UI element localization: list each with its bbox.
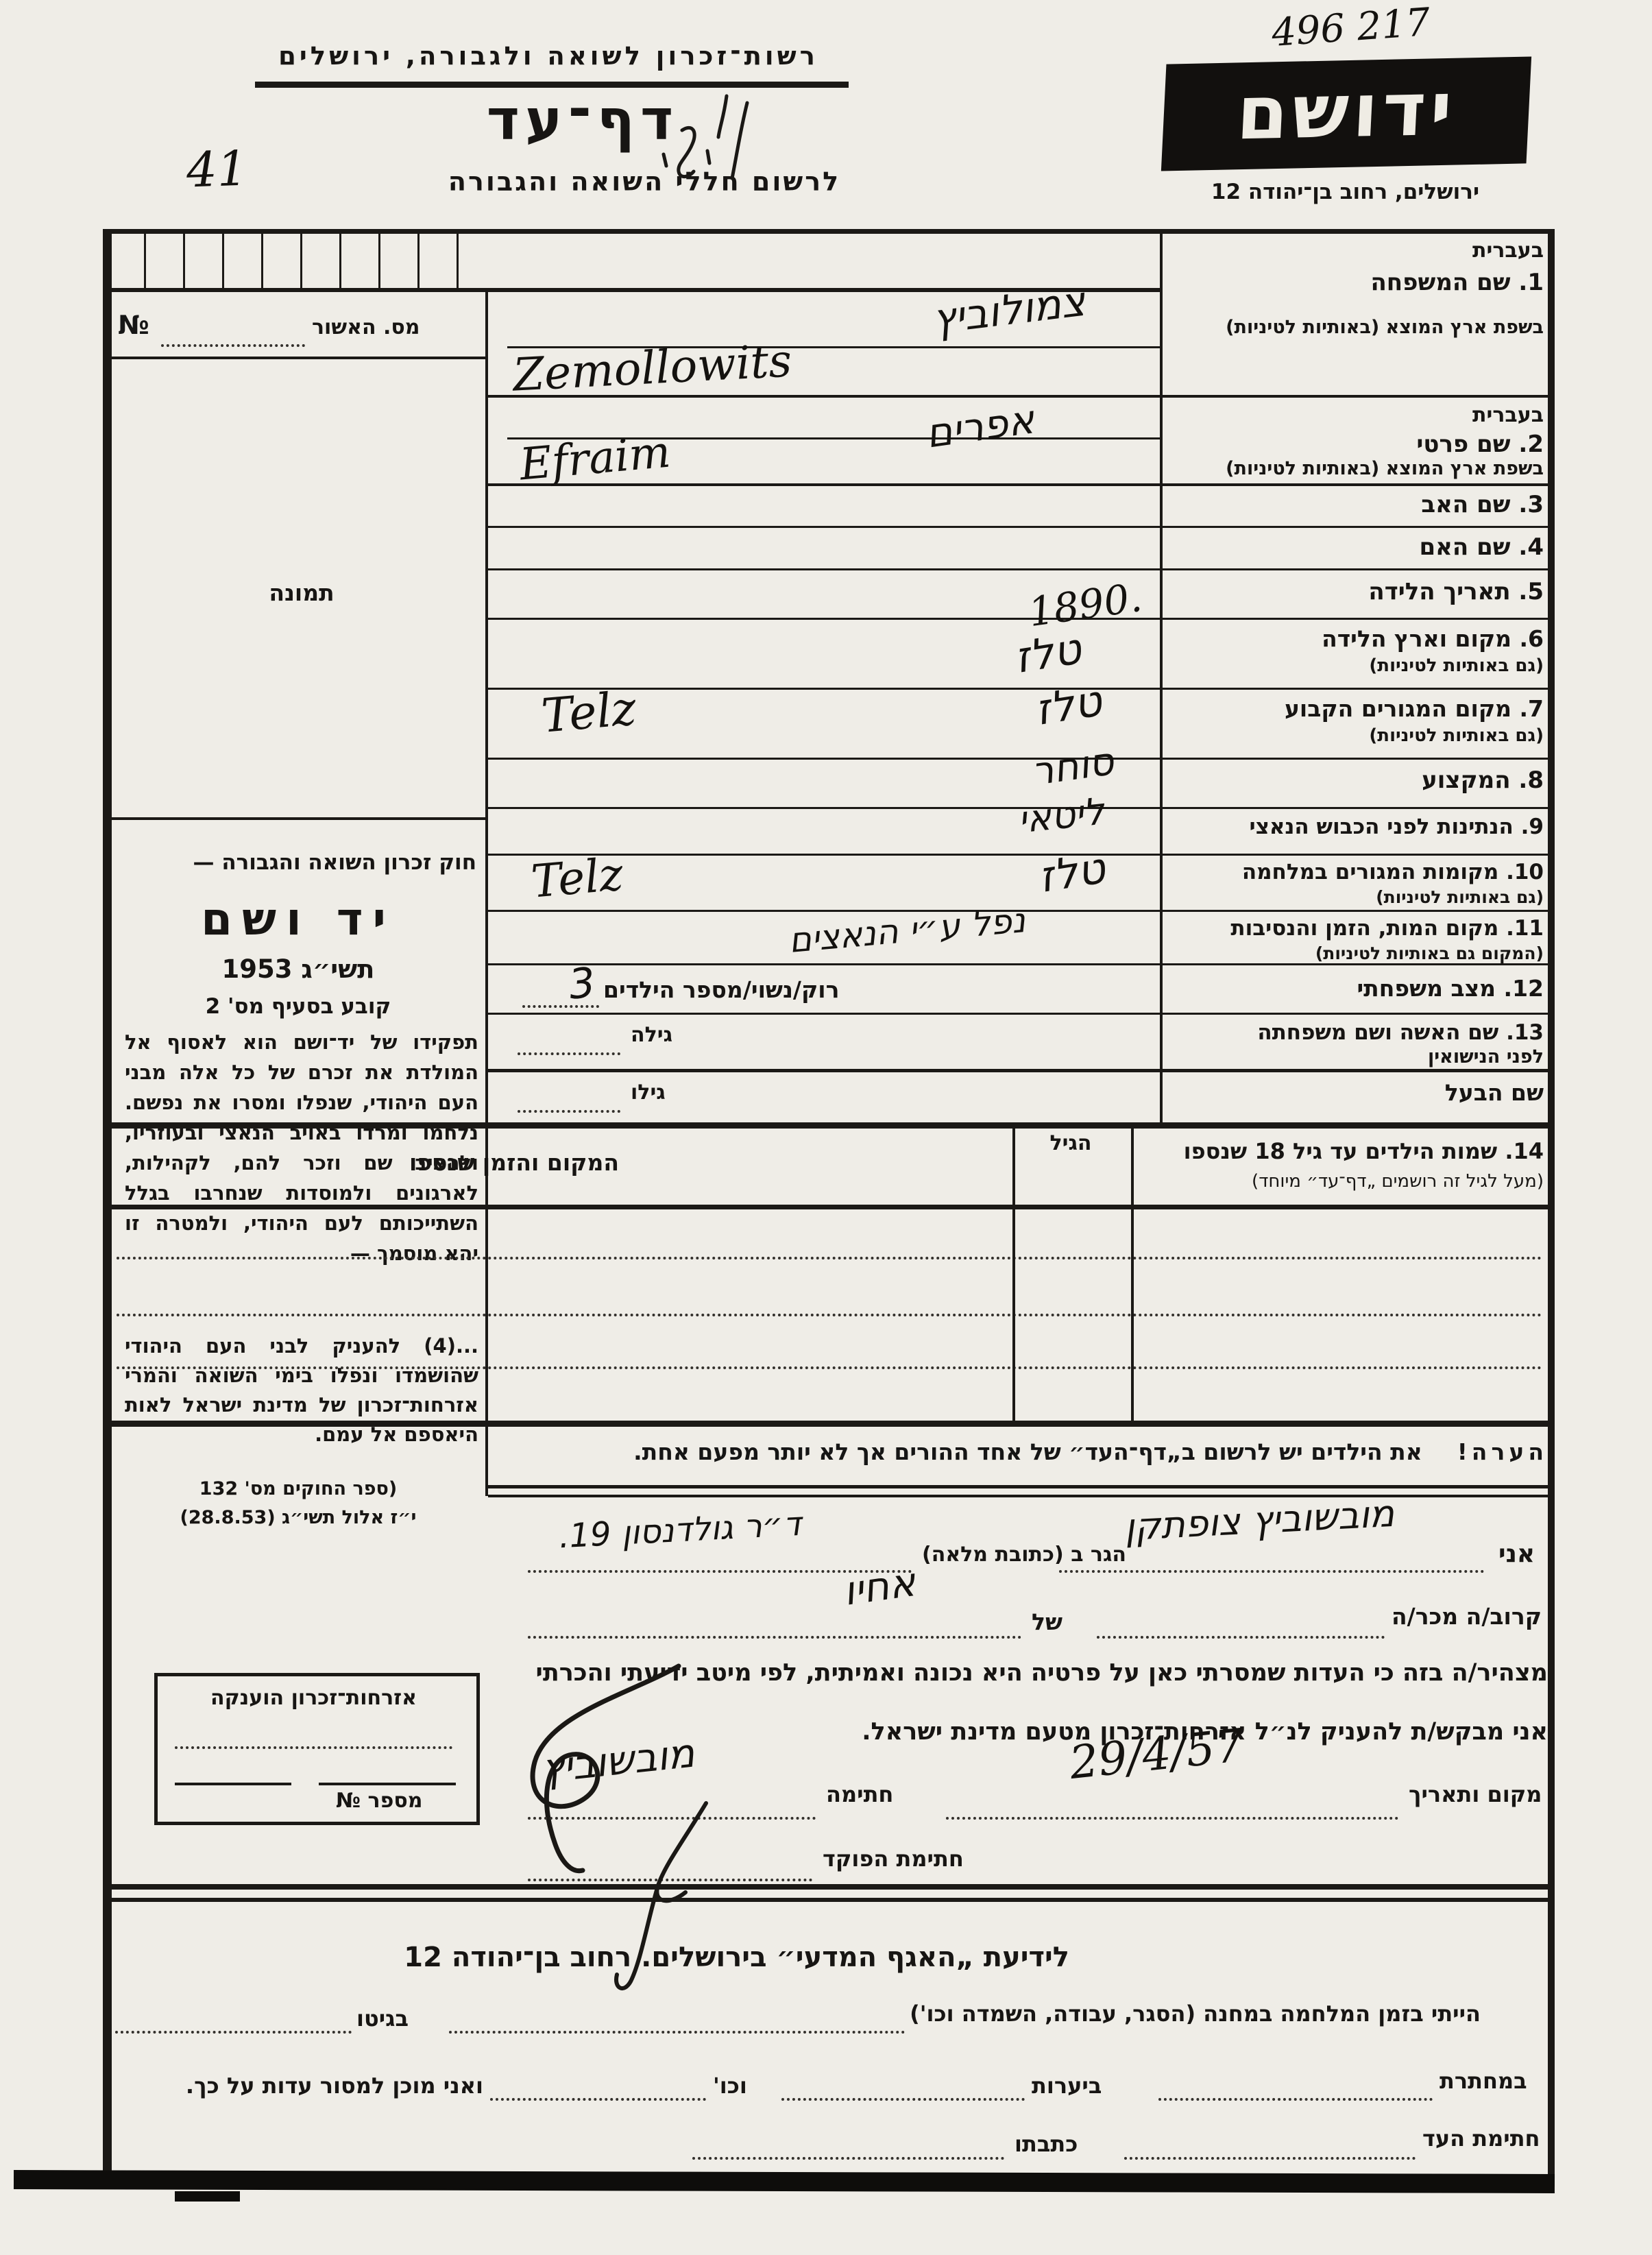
children-table-divider [1012,1127,1015,1425]
handwritten-war-residence-latin: Telz [529,847,625,908]
field4-label: 4. שם האם [1165,533,1544,561]
logo-address: ירושלים, רחוב בן־יהודה 12 [1158,180,1532,204]
testimony-page-scan: 496 217 רשות־זכרון לשואה ולגבורה, ירושלי… [0,0,1652,2255]
field2-sub-label: בשפת ארץ המוצא (באותיות לטיניות) [1165,458,1544,479]
ready-to-testify-label: ואני מוכן למסור עדות על כך. [120,2073,483,2099]
photo-placeholder-label: תמונה [226,579,377,606]
scan-bottom-blob [175,2191,240,2202]
field-separator [488,854,1548,856]
declarant-name-line[interactable] [1059,1570,1484,1573]
children-note: הערה! את הילדים יש לרשום ב„דף־העד״ של אח… [500,1438,1548,1465]
law-yad-vashem: יד ושם [120,893,476,945]
children-table-bottom-bar [107,1421,1548,1427]
field11-sub-label: (המקום גם באותיות לטיניות) [1165,943,1544,963]
place-date-line[interactable] [946,1817,1398,1820]
camp-label: הייתי בזמן המלחמה במחנה (הסגר, עבודה, הש… [912,2001,1481,2027]
field11-label: 11. מקום המות, הזמן והנסיבות [1165,916,1544,941]
wife-age-label: גילה [631,1023,672,1047]
photo-bottom-rule [112,817,485,820]
place-date-label: מקום ותאריך [1409,1781,1542,1807]
children-table-row-line[interactable] [117,1366,1542,1369]
memorial-box-rule [319,1783,456,1785]
field1-lang-label: בעברית [1165,239,1544,263]
cell-divider [144,234,146,288]
field1-sub-label: בשפת ארץ המוצא (באותיות לטיניות) [1165,317,1544,338]
field-separator [488,526,1548,528]
field14-label: 14. שמות הילדים עד גיל 18 שנספו [1138,1138,1544,1164]
law-paragraph-1: תפקידו של יד־ושם הוא לאסוף אל המולדת את … [125,1027,478,1268]
witness-address-line[interactable] [692,2157,1004,2160]
handwritten-citizenship: ליטאי [1016,790,1106,842]
handwritten-birthplace-hebrew: טלז [1011,623,1084,683]
handwritten-birth-year: 1890. [1025,574,1145,636]
authority-line: רשות־זכרון לשואה ולגבורה, ירושלים [247,41,850,71]
handwritten-profession: סוחר [1029,739,1117,795]
field3-label: 3. שם האב [1165,491,1544,518]
clerk-signature-label: חתימת הפוקד [823,1846,964,1872]
field5-label: 5. תאריך הלידה [1165,578,1544,605]
law-paragraph-2: ...(4) להעניק לבני העם היהודי שהושמדו ונ… [125,1331,478,1449]
field8-label: 8. המקצוע [1165,767,1544,794]
children-table-row-line[interactable] [117,1257,1542,1259]
cell-divider [457,234,459,288]
field6-sub-label: (גם באותיות לטיניות) [1165,655,1544,676]
field7-sub-label: (גם באותיות לטיניות) [1165,725,1544,746]
cell-divider [378,234,380,288]
camp-line[interactable] [449,2031,905,2034]
forests-label: ביערות [1032,2073,1102,2099]
declaration-i-label: אני [1498,1540,1535,1568]
law-reference-2: י״ז אלול תשי״ג (28.8.53) [120,1507,476,1528]
handwritten-residence-latin: Telz [539,682,638,744]
cell-divider [183,234,185,288]
forests-line[interactable] [781,2098,1025,2101]
box-border-right [1548,229,1555,2180]
section-double-rule [103,1898,1548,1902]
field-separator [488,568,1548,570]
handwritten-first-name-hebrew: אפרים [923,396,1037,457]
field-separator [488,688,1548,690]
wife-age-line[interactable] [518,1052,620,1055]
declaration-relative-label: קרוב/ה מכר/ה [1392,1603,1542,1630]
law-reference-1: (ספר החוקים מס' 132 [120,1478,476,1499]
relation-line[interactable] [528,1636,1021,1639]
field-separator [488,483,1548,486]
law-heading: חוק זכרון השואה והגבורה — [120,850,476,875]
handwritten-family-name-latin: Zemollowits [511,334,793,401]
underground-line[interactable] [1158,2098,1433,2101]
handwritten-war-residence-hebrew: טלז [1035,843,1108,902]
scan-bottom-bar [14,2170,1555,2193]
handwritten-page-number: 41 [186,140,249,198]
witness-address-label: כתבתו [1015,2131,1078,2157]
handwritten-declarant-name: מובשוביץ צופתקן [1123,1492,1396,1549]
field10-label: 10. מקומות המגורים במלחמה [1165,860,1544,884]
declaration-of-label: של [1032,1608,1062,1635]
yad-vashem-logo: ידושם [1161,56,1531,171]
pen-scribble [644,89,775,192]
labels-column-divider [1160,234,1163,1122]
witness-signature-line[interactable] [1124,2157,1416,2160]
memorial-box-title: אזרחות־זכרון הוענקה [165,1686,463,1710]
box-border-top [103,229,1555,234]
relative-name-line[interactable] [1097,1636,1385,1639]
approval-number-label: מס. האשור [312,315,420,339]
field-separator [488,1069,1548,1072]
field-separator [488,1013,1548,1015]
field-separator [488,618,1548,620]
cell-divider [300,234,302,288]
signature-label: חתימה [826,1781,893,1807]
field13-sub-label: לפני הנישואין [1165,1046,1544,1068]
children-table-top-bar [107,1122,1548,1129]
field-separator [488,758,1548,760]
note-label: הערה! [1457,1438,1548,1465]
field10-sub-label: (גם באותיות לטיניות) [1165,887,1544,907]
handwritten-declarant-address: ד״ר גולדנסון 19. [558,1505,802,1556]
husband-age-line[interactable] [518,1110,620,1113]
field14-sub-label: (מעל לגיל זה רושמים „דף־עד״ מיוחד) [1138,1171,1544,1192]
memorial-box-rule [175,1783,291,1785]
cell-divider [417,234,420,288]
ghetto-label: בגיטו [356,2005,409,2031]
approval-row-rule [112,357,485,359]
field13-label: 13. שם האשה ושם משפחתה [1165,1020,1544,1045]
field12-label: 12. מצב משפחתי [1165,975,1544,1002]
children-age-column-header: הגיל [1016,1131,1126,1155]
husband-name-label: שם הבעל [1165,1079,1544,1106]
handwritten-first-name-latin: Efraim [518,427,672,491]
approval-number-line[interactable] [161,344,305,347]
note-double-rule [488,1485,1548,1488]
handwritten-children-count: 3 [566,958,597,1009]
husband-age-label: גילו [631,1081,666,1105]
field7-label: 7. מקום המגורים הקבוע [1165,695,1544,722]
law-clause: קובע בסעיף מס' 2 [120,994,476,1019]
children-table-header-bar [107,1205,1548,1209]
ghetto-line[interactable] [115,2031,352,2034]
declaration-resides-label: הגר ב (כתובת מלאה) [922,1543,1126,1567]
etc-line[interactable] [490,2098,706,2101]
handwritten-relation: אחיו [840,1558,919,1615]
field-separator [488,963,1548,965]
field12-inline-options: רוק/נשוי/מספר הילדים [603,976,839,1003]
memorial-citizenship-box: אזרחות־זכרון הוענקה מספר № [154,1673,480,1825]
section-double-rule [103,1884,1548,1890]
authority-underline [255,82,849,88]
witness-signature-label: חתימת העד [1422,2125,1540,2151]
field9-label: 9. הנתינות לפני הכבוש הנאצי [1165,815,1544,839]
handwritten-file-number: 496 217 [1270,0,1432,56]
scientific-branch-title: לידיעת „האגף המדעי״ בירושלים. רחוב בן־יה… [452,1942,1069,1973]
cell-divider [222,234,224,288]
children-table-row-line[interactable] [117,1314,1542,1316]
children-place-column-header: המקום והזמן שנספו [274,1149,754,1176]
field2-label: 2. שם פרטי [1165,431,1544,458]
approval-no-symbol: № [118,310,149,340]
handwritten-residence-hebrew: טלז [1032,675,1105,735]
memorial-box-line[interactable] [175,1746,452,1749]
cell-divider [261,234,263,288]
memorial-box-number-label: מספר № [336,1789,422,1813]
children-table-divider [1131,1127,1134,1425]
field1-label: 1. שם המשפחה [1165,269,1544,296]
underground-label: במחתרת [1440,2068,1527,2094]
etc-label: וכו' [713,2073,747,2099]
cell-divider [339,234,341,288]
note-text: את הילדים יש לרשום ב„דף־העד״ של אחד ההור… [633,1438,1422,1465]
field2-lang-label: בעברית [1165,403,1544,427]
field6-label: 6. מקום וארץ הלידה [1165,625,1544,652]
law-year: תשי״ג 1953 [120,954,476,984]
